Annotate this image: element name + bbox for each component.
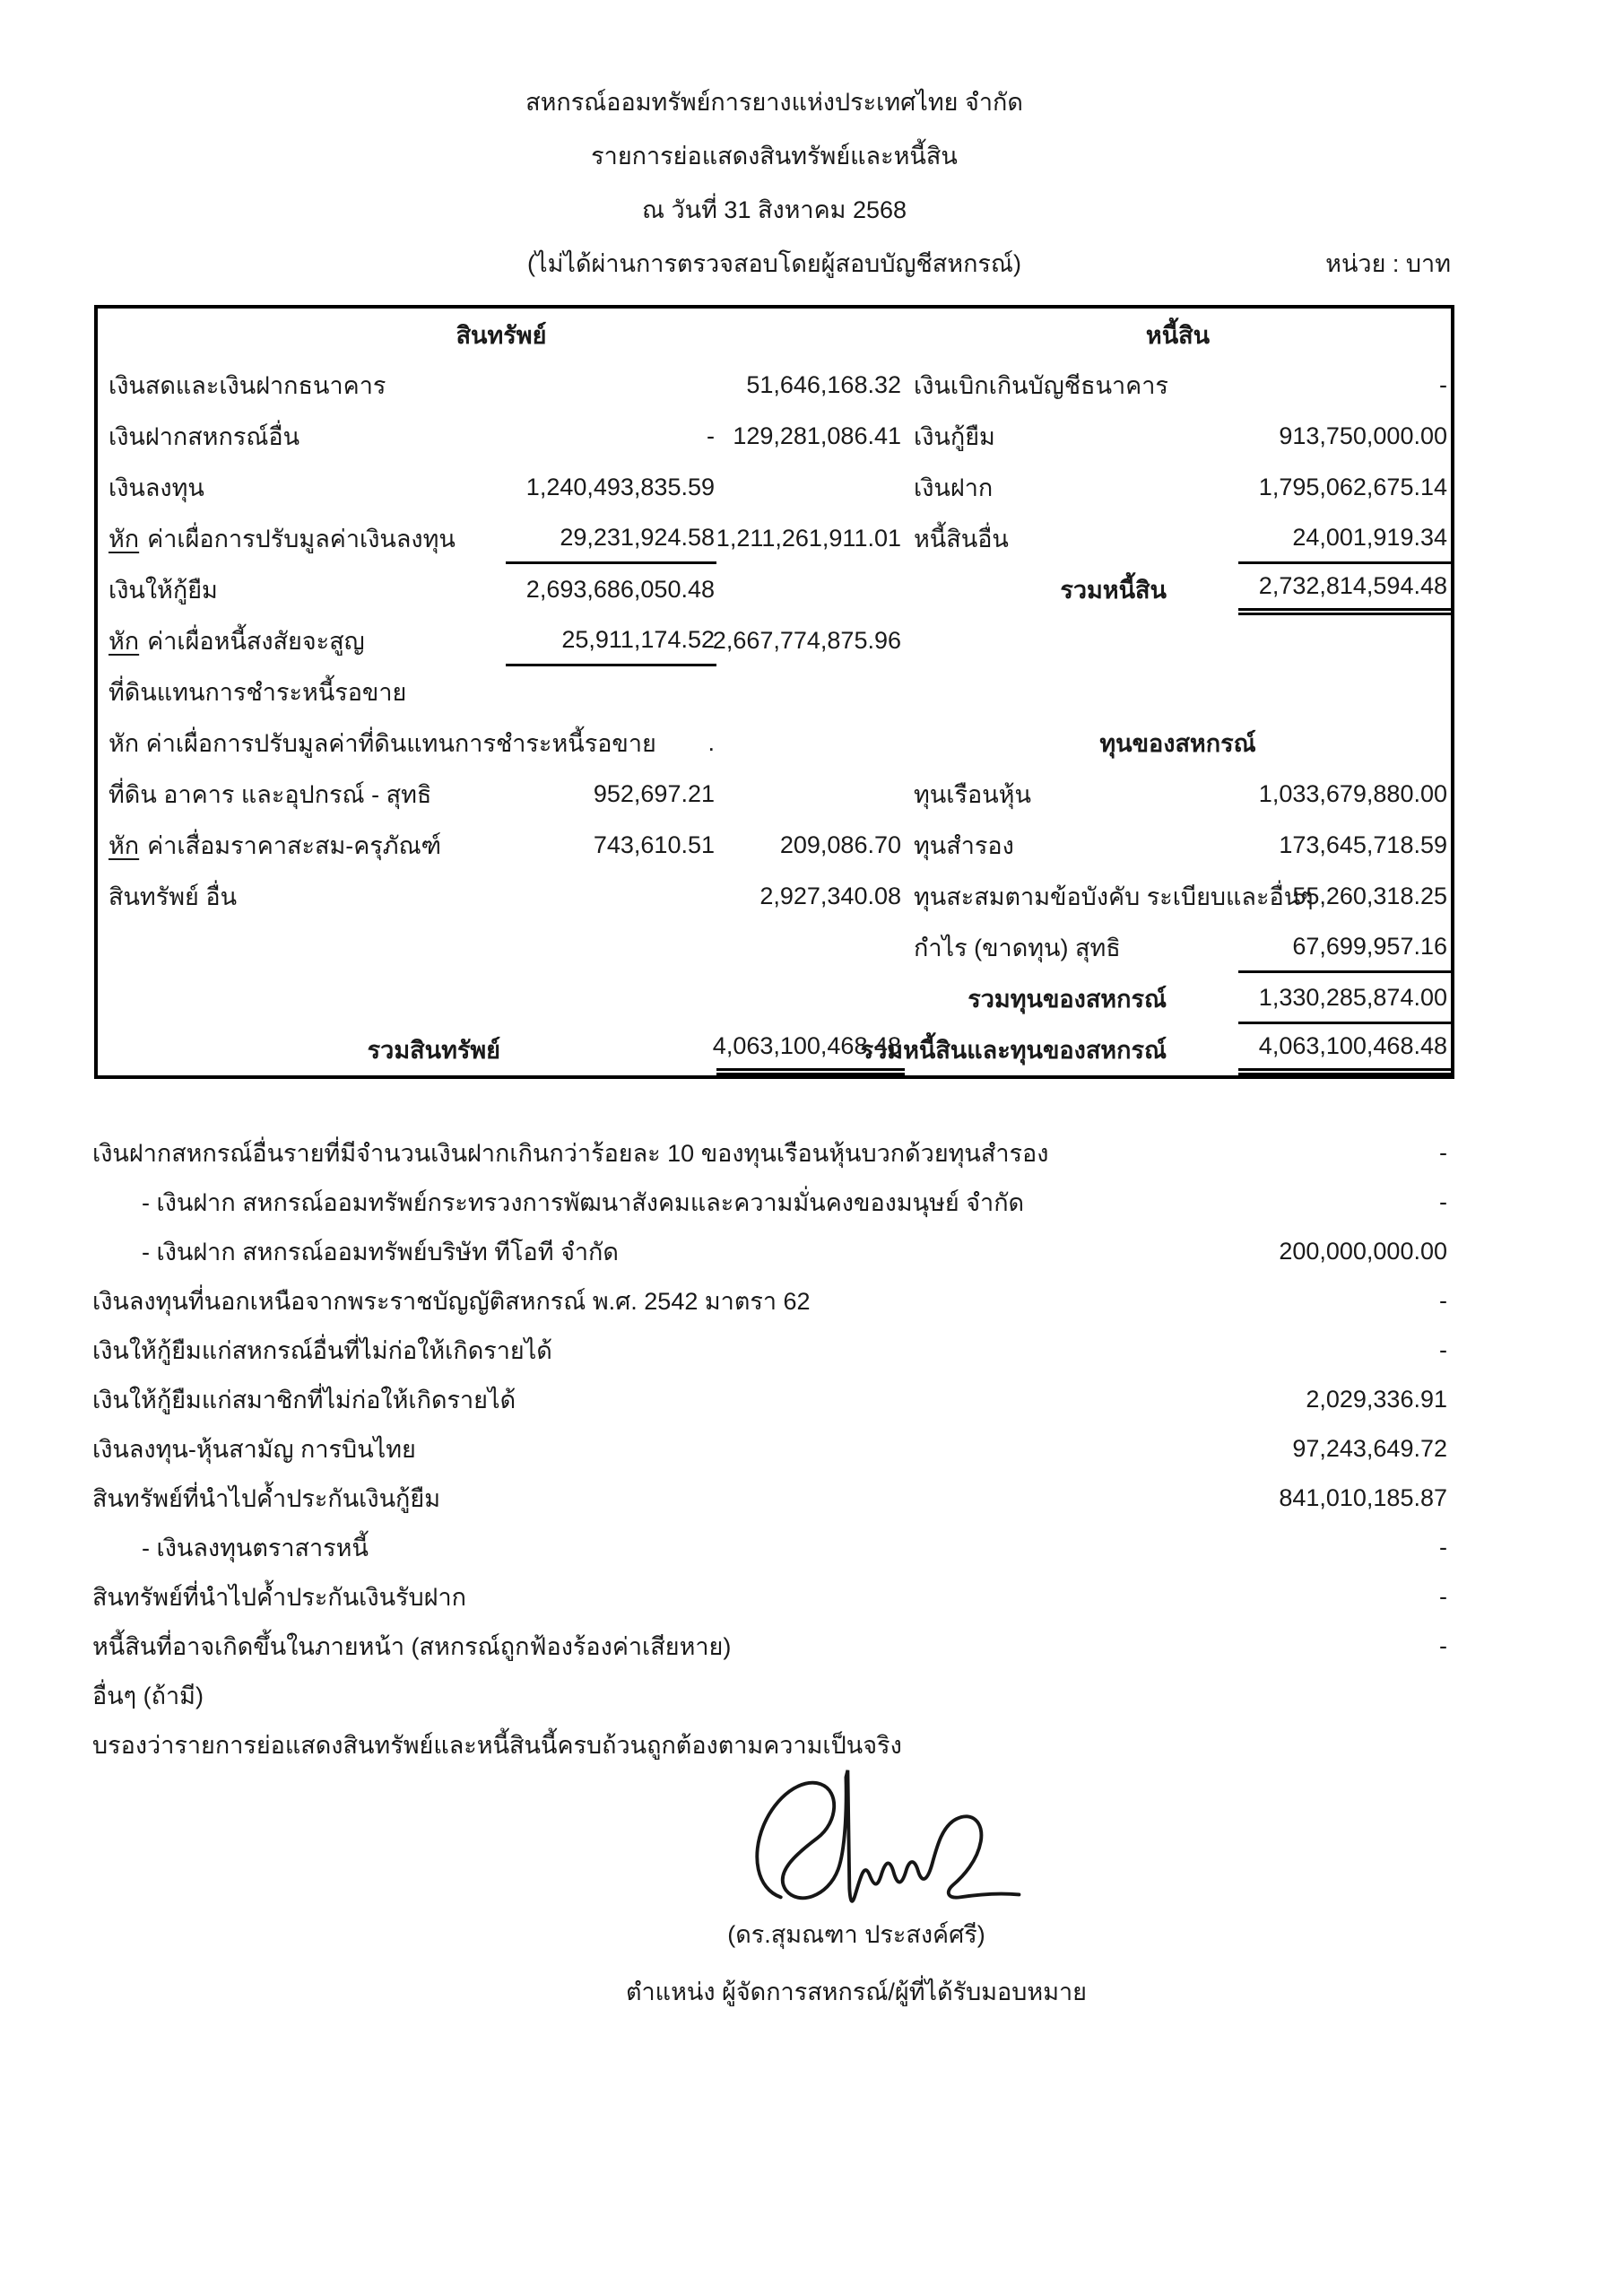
asset-amount-2: 129,281,086.41 — [716, 411, 905, 462]
asset-label-text: ค่าเผื่อหนี้สงสัยจะสูญ — [147, 622, 365, 660]
note-value: - — [1071, 1632, 1449, 1660]
liability-label — [905, 615, 1238, 666]
liability-label: เงินเบิกเกินบัญชีธนาคาร — [905, 360, 1238, 411]
asset-label: หักค่าเผื่อหนี้สงสัยจะสูญ — [98, 615, 506, 666]
asset-amount-1: 952,697.21 — [506, 769, 716, 820]
asset-label: เงินลงทุน — [98, 462, 506, 513]
note-row: เงินให้กู้ยืมแก่สมาชิกที่ไม่ก่อให้เกิดรา… — [92, 1375, 1449, 1424]
report-title: รายการย่อแสดงสินทรัพย์และหนี้สิน — [94, 129, 1454, 183]
note-label: - เงินลงทุนตราสารหนี้ — [92, 1528, 1071, 1567]
note-value: 97,243,649.72 — [1071, 1435, 1449, 1463]
asset-label-text: ที่ดินแทนการชำระหนี้รอขาย — [108, 673, 406, 711]
note-value: - — [1071, 1139, 1449, 1167]
balance-table: สินทรัพย์ หนี้สิน เงินสดและเงินฝากธนาคาร… — [94, 305, 1454, 1079]
asset-label: เงินสดและเงินฝากธนาคาร — [98, 360, 506, 411]
note-row: อื่นๆ (ถ้ามี) — [92, 1671, 1449, 1720]
asset-label-text: เงินให้กู้ยืม — [108, 570, 218, 609]
note-label: เงินฝากสหกรณ์อื่นรายที่มีจำนวนเงินฝากเกิ… — [92, 1134, 1071, 1172]
note-value: - — [1071, 1583, 1449, 1611]
asset-label: หักค่าเสื่อมราคาสะสม-ครุภัณฑ์ — [98, 820, 506, 871]
note-label: - เงินฝาก สหกรณ์ออมทรัพย์กระทรวงการพัฒนา… — [92, 1183, 1071, 1222]
note-value: 841,010,185.87 — [1071, 1484, 1449, 1512]
note-label: เงินให้กู้ยืมแก่สมาชิกที่ไม่ก่อให้เกิดรา… — [92, 1380, 1071, 1419]
total-equity-amount: 1,330,285,874.00 — [1238, 973, 1451, 1024]
note-value: - — [1071, 1188, 1449, 1216]
liabilities-header: หนี้สิน — [905, 309, 1451, 361]
total-liabilities-equity-label: รวมหนี้สินและทุนของสหกรณ์ — [905, 1024, 1238, 1075]
note-value: - — [1071, 1336, 1449, 1364]
note-row: - เงินฝาก สหกรณ์ออมทรัพย์กระทรวงการพัฒนา… — [92, 1178, 1449, 1227]
asset-label: หักค่าเผื่อการปรับมูลค่าเงินลงทุน — [98, 513, 506, 564]
liability-amount — [1238, 615, 1451, 666]
asset-label: หัก ค่าเผื่อการปรับมูลค่าที่ดินแทนการชำร… — [98, 717, 506, 769]
asset-amount-1: . — [506, 717, 716, 769]
asset-label: ที่ดินแทนการชำระหนี้รอขาย — [98, 666, 506, 717]
asset-amount-2 — [716, 769, 905, 820]
asset-amount-2 — [716, 922, 905, 973]
asset-label-text: สินทรัพย์ อื่น — [108, 877, 237, 916]
total-liabilities-equity-amount: 4,063,100,468.48 — [1238, 1024, 1451, 1075]
note-row: เงินฝากสหกรณ์อื่นรายที่มีจำนวนเงินฝากเกิ… — [92, 1128, 1449, 1178]
asset-amount-2 — [716, 564, 905, 615]
signer-name: (ดร.สุมณฑา ประสงค์ศรี) — [498, 1916, 1215, 1953]
note-row: เงินลงทุนที่นอกเหนือจากพระราชบัญญัติสหกร… — [92, 1276, 1449, 1326]
total-assets-label: รวมสินทรัพย์ — [98, 1024, 506, 1075]
equity-header: ทุนของสหกรณ์ — [905, 717, 1451, 769]
asset-amount-2: 2,667,774,875.96 — [716, 615, 905, 666]
liability-amount — [1238, 666, 1451, 717]
note-row: สินทรัพย์ที่นำไปค้ำประกันเงินรับฝาก- — [92, 1572, 1449, 1622]
liability-label: เงินฝาก — [905, 462, 1238, 513]
liability-amount: 67,699,957.16 — [1238, 922, 1451, 973]
note-row: - เงินลงทุนตราสารหนี้- — [92, 1523, 1449, 1572]
note-row: เงินให้กู้ยืมแก่สหกรณ์อื่นที่ไม่ก่อให้เก… — [92, 1326, 1449, 1375]
deduct-prefix: หัก — [108, 826, 139, 865]
asset-amount-2 — [716, 717, 905, 769]
liability-label: ทุนสำรอง — [905, 820, 1238, 871]
asset-amount-2: 209,086.70 — [716, 820, 905, 871]
note-row: เงินลงทุน-หุ้นสามัญ การบินไทย97,243,649.… — [92, 1424, 1449, 1474]
deduct-prefix: หัก — [108, 622, 139, 660]
asset-amount-1 — [506, 666, 716, 717]
liability-label: กำไร (ขาดทุน) สุทธิ — [905, 922, 1238, 973]
asset-amount-1: 1,240,493,835.59 — [506, 462, 716, 513]
liability-label — [905, 666, 1238, 717]
liability-amount: 24,001,919.34 — [1238, 513, 1451, 564]
signature-image — [744, 1758, 1031, 1915]
note-row: สินทรัพย์ที่นำไปค้ำประกันเงินกู้ยืม841,0… — [92, 1474, 1449, 1523]
note-row: - เงินฝาก สหกรณ์ออมทรัพย์บริษัท ทีโอที จ… — [92, 1227, 1449, 1276]
audit-note: (ไม่ได้ผ่านการตรวจสอบโดยผู้สอบบัญชีสหกรณ… — [94, 237, 1454, 291]
asset-amount-1 — [506, 360, 716, 411]
asset-label-text: เงินสดและเงินฝากธนาคาร — [108, 366, 386, 404]
note-label: เงินลงทุน-หุ้นสามัญ การบินไทย — [92, 1430, 1071, 1468]
asset-amount-1 — [506, 973, 716, 1024]
liability-amount: 55,260,318.25 — [1238, 871, 1451, 922]
unit-label: หน่วย : บาท — [1325, 237, 1451, 291]
liability-label: หนี้สินอื่น — [905, 513, 1238, 564]
note-value: - — [1071, 1287, 1449, 1315]
asset-label: เงินให้กู้ยืม — [98, 564, 506, 615]
asset-label: เงินฝากสหกรณ์อื่น — [98, 411, 506, 462]
asset-label-text: เงินฝากสหกรณ์อื่น — [108, 417, 299, 456]
total-liabilities-label: รวมหนี้สิน — [905, 564, 1238, 615]
signer-position: ตำแหน่ง ผู้จัดการสหกรณ์/ผู้ที่ได้รับมอบห… — [498, 1973, 1215, 2011]
note-label: อื่นๆ (ถ้ามี) — [92, 1676, 1071, 1715]
asset-amount-2: 1,211,261,911.01 — [716, 513, 905, 564]
asset-label — [98, 922, 506, 973]
note-label: หนี้สินที่อาจเกิดขึ้นในภายหน้า (สหกรณ์ถู… — [92, 1627, 1071, 1665]
total-equity-label: รวมทุนของสหกรณ์ — [905, 973, 1238, 1024]
liability-label: เงินกู้ยืม — [905, 411, 1238, 462]
asset-amount-2: 51,646,168.32 — [716, 360, 905, 411]
disclosure-notes: เงินฝากสหกรณ์อื่นรายที่มีจำนวนเงินฝากเกิ… — [92, 1128, 1449, 1770]
liability-label: ทุนสะสมตามข้อบังคับ ระเบียบและอื่นๆ — [905, 871, 1238, 922]
asset-amount-1: 29,231,924.58 — [506, 513, 716, 564]
liability-label: ทุนเรือนหุ้น — [905, 769, 1238, 820]
liability-amount: 173,645,718.59 — [1238, 820, 1451, 871]
asset-amount-1 — [506, 871, 716, 922]
liability-amount: 1,795,062,675.14 — [1238, 462, 1451, 513]
note-value: 200,000,000.00 — [1071, 1238, 1449, 1265]
asset-amount-1: 2,693,686,050.48 — [506, 564, 716, 615]
asset-label-text: เงินลงทุน — [108, 468, 204, 507]
asset-amount-1 — [506, 1024, 716, 1075]
note-value: 2,029,336.91 — [1071, 1386, 1449, 1413]
asset-label: สินทรัพย์ อื่น — [98, 871, 506, 922]
assets-header: สินทรัพย์ — [98, 309, 905, 361]
note-value: - — [1071, 1534, 1449, 1561]
note-label: เงินลงทุนที่นอกเหนือจากพระราชบัญญัติสหกร… — [92, 1282, 1071, 1320]
asset-amount-1: - — [506, 411, 716, 462]
document-header: สหกรณ์ออมทรัพย์การยางแห่งประเทศไทย จำกัด… — [94, 75, 1454, 291]
note-label: - เงินฝาก สหกรณ์ออมทรัพย์บริษัท ทีโอที จ… — [92, 1232, 1071, 1271]
note-row: หนี้สินที่อาจเกิดขึ้นในภายหน้า (สหกรณ์ถู… — [92, 1622, 1449, 1671]
note-label: เงินให้กู้ยืมแก่สหกรณ์อื่นที่ไม่ก่อให้เก… — [92, 1331, 1071, 1370]
asset-label-text: ที่ดิน อาคาร และอุปกรณ์ - สุทธิ — [108, 775, 431, 813]
asset-label — [98, 973, 506, 1024]
org-name: สหกรณ์ออมทรัพย์การยางแห่งประเทศไทย จำกัด — [94, 75, 1454, 129]
asset-label-text: ค่าเผื่อการปรับมูลค่าเงินลงทุน — [147, 519, 456, 558]
liability-amount: 913,750,000.00 — [1238, 411, 1451, 462]
asset-amount-2: 2,927,340.08 — [716, 871, 905, 922]
report-date: ณ วันที่ 31 สิงหาคม 2568 — [94, 183, 1454, 237]
liability-amount: 1,033,679,880.00 — [1238, 769, 1451, 820]
asset-amount-1: 743,610.51 — [506, 820, 716, 871]
asset-amount-1: 25,911,174.52 — [506, 615, 716, 666]
note-label: สินทรัพย์ที่นำไปค้ำประกันเงินรับฝาก — [92, 1578, 1071, 1616]
total-liabilities-amount: 2,732,814,594.48 — [1238, 564, 1451, 615]
liability-amount: - — [1238, 360, 1451, 411]
asset-amount-2 — [716, 973, 905, 1024]
asset-amount-2 — [716, 462, 905, 513]
note-label: สินทรัพย์ที่นำไปค้ำประกันเงินกู้ยืม — [92, 1479, 1071, 1518]
asset-label: ที่ดิน อาคาร และอุปกรณ์ - สุทธิ — [98, 769, 506, 820]
asset-amount-2 — [716, 666, 905, 717]
asset-label-text: ค่าเสื่อมราคาสะสม-ครุภัณฑ์ — [147, 826, 441, 865]
balance-sheet-page: สหกรณ์ออมทรัพย์การยางแห่งประเทศไทย จำกัด… — [0, 0, 1623, 2296]
deduct-prefix: หัก — [108, 519, 139, 558]
asset-amount-1 — [506, 922, 716, 973]
